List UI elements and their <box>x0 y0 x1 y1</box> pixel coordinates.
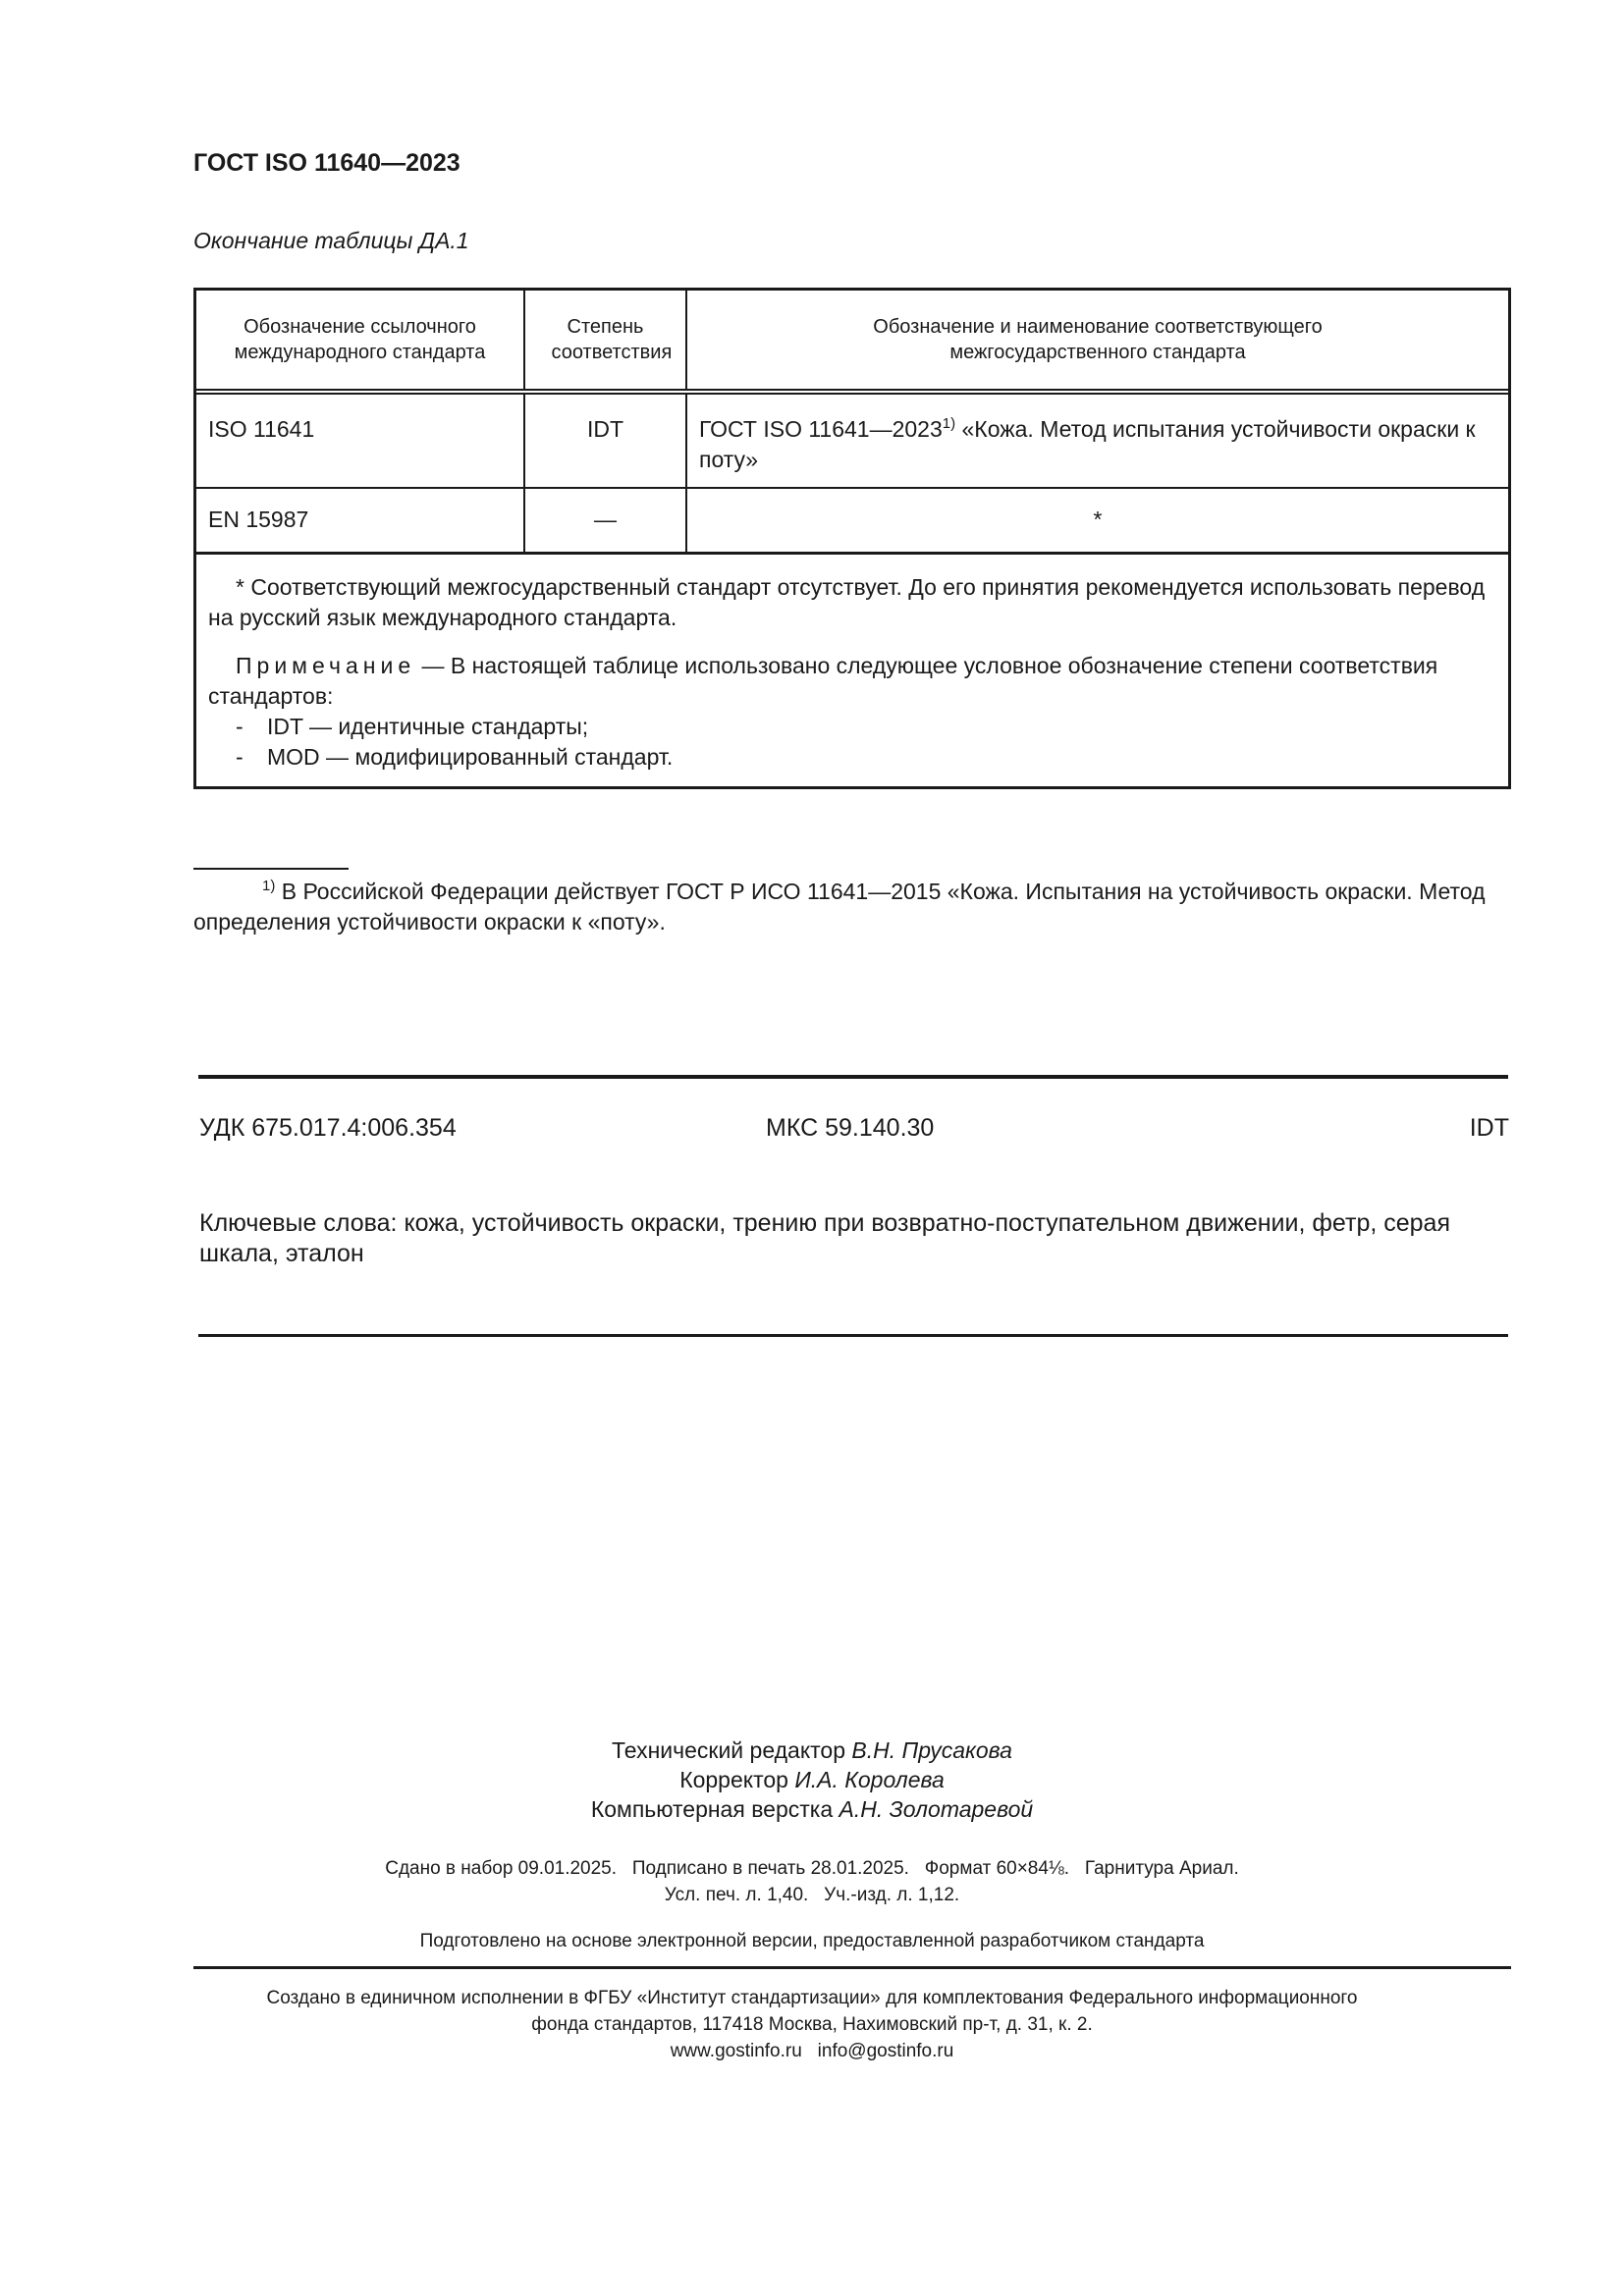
column-header-degree: Степень соответствия <box>525 291 687 389</box>
note-list-item: -MOD — модифицированный стандарт. <box>208 742 1496 773</box>
footnote: 1) В Российской Федерации действует ГОСТ… <box>193 877 1514 937</box>
reference-standards-table: Обозначение ссылочного международного ст… <box>193 288 1511 789</box>
column-header-reference: Обозначение ссылочного международного ст… <box>196 291 525 389</box>
credit-line: Корректор И.А. Королева <box>0 1765 1624 1794</box>
prepared-note: Подготовлено на основе электронной верси… <box>0 1931 1624 1952</box>
column-header-standard: Обозначение и наименование соответствующ… <box>687 291 1508 389</box>
footnote-mark: 1) <box>943 415 955 432</box>
degree-code: IDT <box>1470 1114 1509 1143</box>
website-link[interactable]: www.gostinfo.ru <box>671 2041 802 2061</box>
keywords: Ключевые слова: кожа, устойчивость окрас… <box>199 1208 1515 1269</box>
document-code: ГОСТ ISO 11640—2023 <box>193 149 460 178</box>
divider <box>193 1966 1511 1969</box>
cell-degree: — <box>525 489 687 552</box>
email-link[interactable]: info@gostinfo.ru <box>818 2041 954 2061</box>
credit-line: Компьютерная верстка А.Н. Золотаревой <box>0 1794 1624 1824</box>
print-info: Сдано в набор 09.01.2025. Подписано в пе… <box>0 1855 1624 1908</box>
cell-reference: EN 15987 <box>196 489 525 552</box>
note-label: Примечание <box>236 653 415 678</box>
credits: Технический редактор В.Н. Прусакова Корр… <box>0 1735 1624 1824</box>
table-row: ISO 11641 IDT ГОСТ ISO 11641—20231) «Кож… <box>196 395 1508 489</box>
table-row: EN 15987 — * <box>196 489 1508 555</box>
cell-degree: IDT <box>525 395 687 487</box>
table-notes: * Соответствующий межгосударственный ста… <box>196 555 1508 786</box>
mks-code: МКС 59.140.30 <box>766 1114 934 1143</box>
note-list-item: -IDT — идентичные стандарты; <box>208 712 1496 742</box>
cell-standard: ГОСТ ISO 11641—20231) «Кожа. Метод испыт… <box>687 395 1508 487</box>
credit-line: Технический редактор В.Н. Прусакова <box>0 1735 1624 1765</box>
table-header-row: Обозначение ссылочного международного ст… <box>196 291 1508 389</box>
cell-standard: * <box>687 489 1508 552</box>
udk-code: УДК 675.017.4:006.354 <box>199 1114 457 1143</box>
table-caption: Окончание таблицы ДА.1 <box>193 228 469 254</box>
cell-reference: ISO 11641 <box>196 395 525 487</box>
publisher-info: Создано в единичном исполнении в ФГБУ «И… <box>0 1985 1624 2064</box>
footnote-separator <box>193 868 349 870</box>
asterisk-note: * Соответствующий межгосударственный ста… <box>208 572 1496 633</box>
note-paragraph: Примечание — В настоящей таблице использ… <box>208 651 1496 712</box>
divider <box>198 1334 1508 1337</box>
divider <box>198 1075 1508 1079</box>
